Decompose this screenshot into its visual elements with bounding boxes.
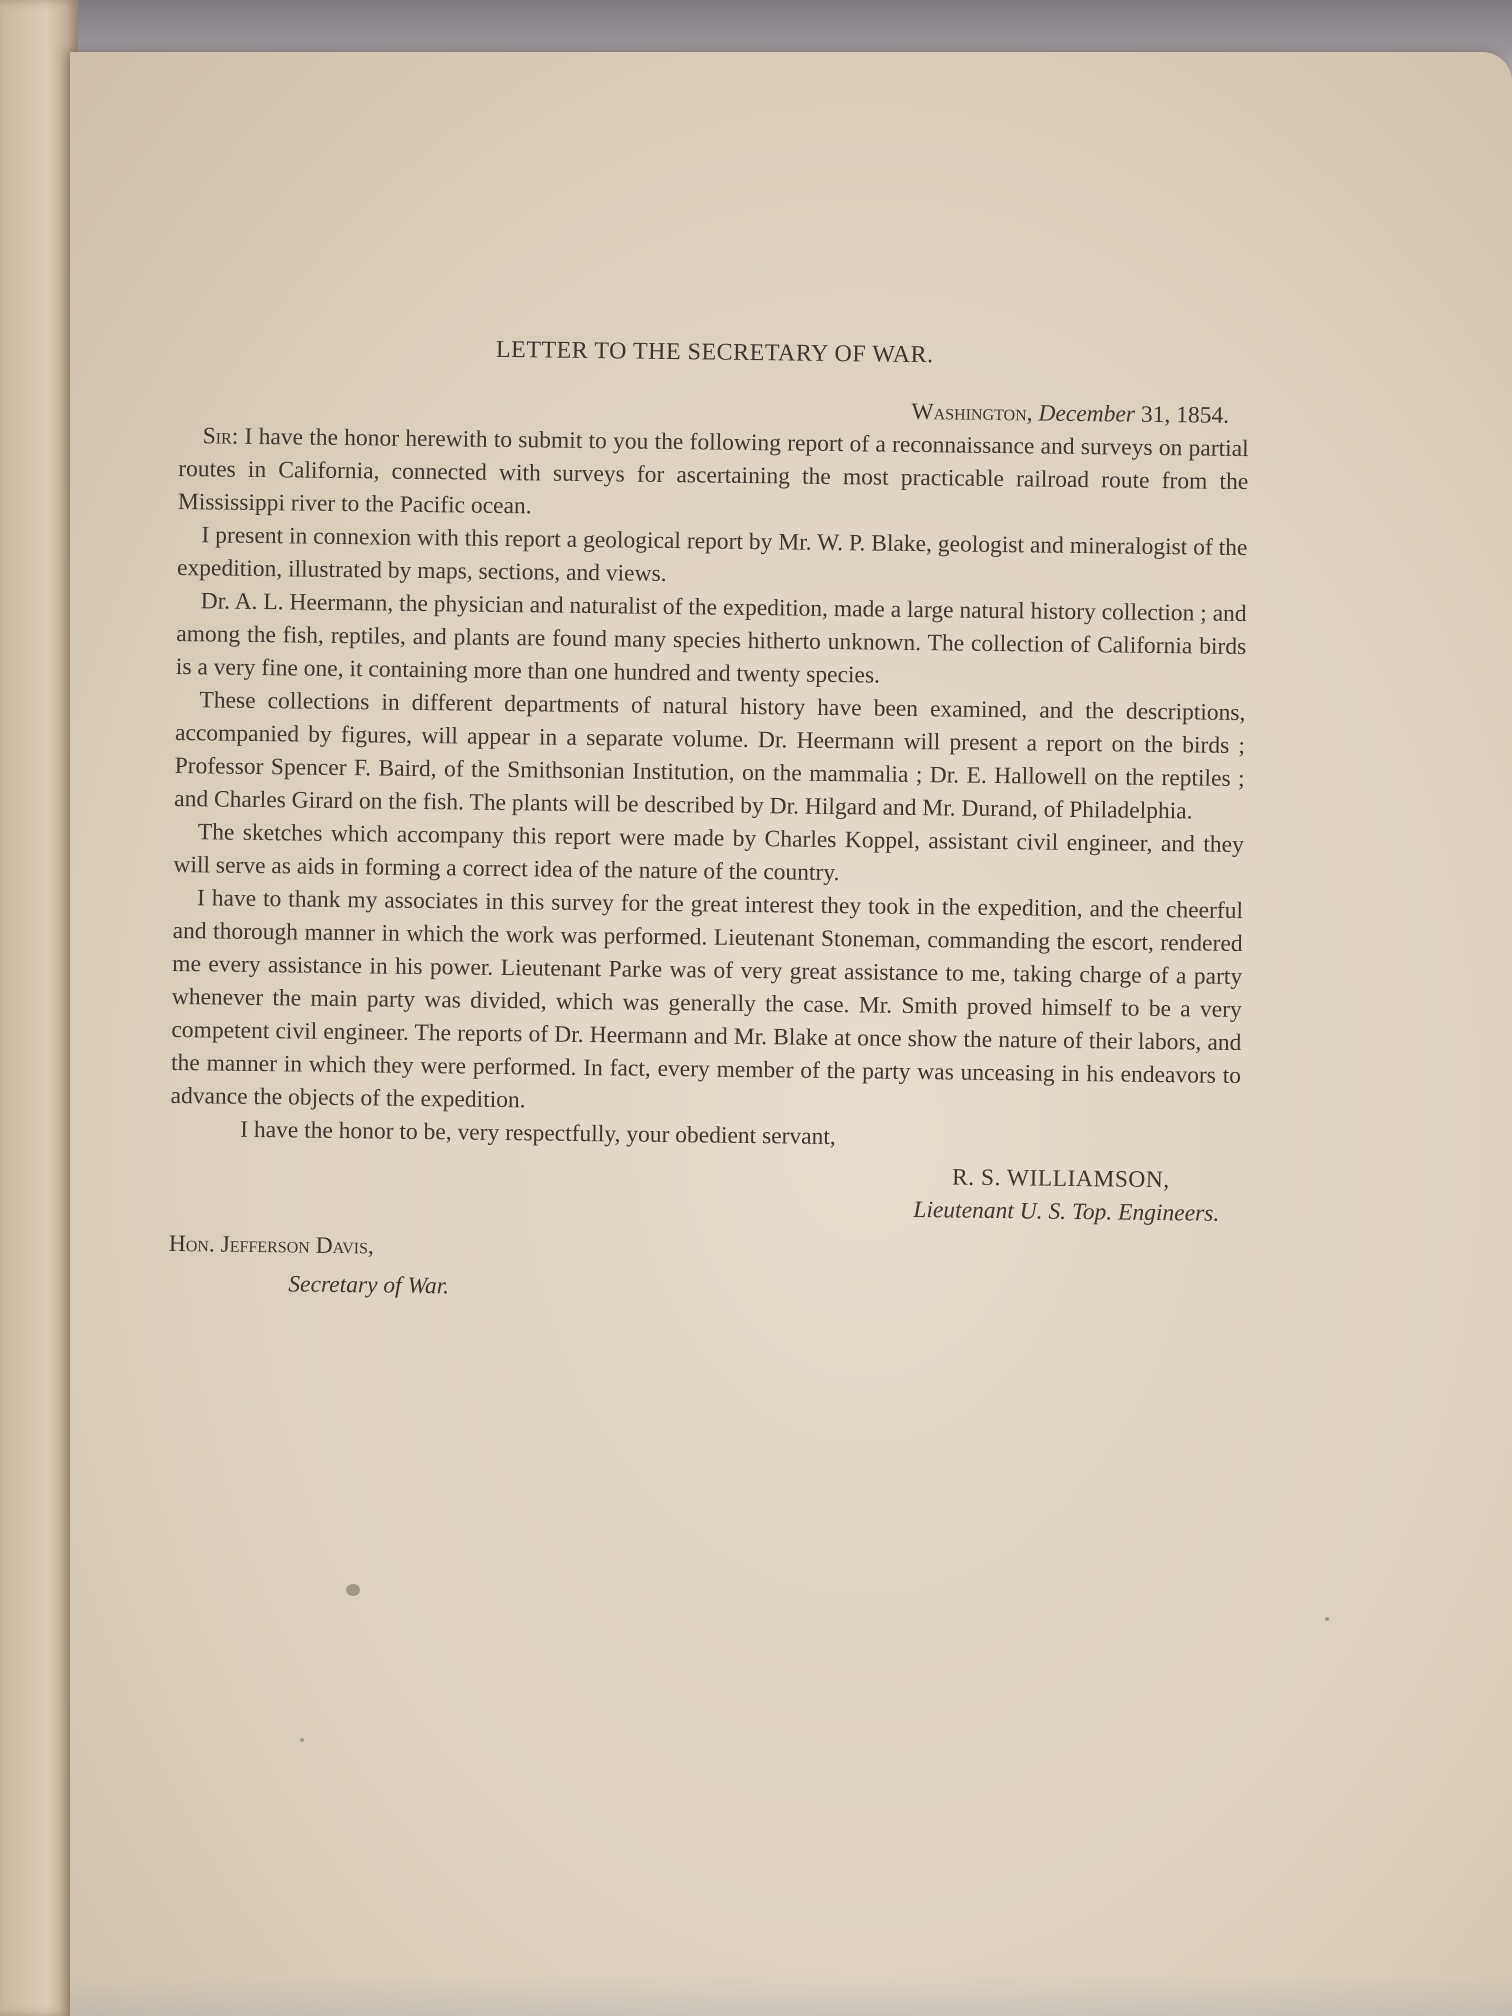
- paragraph: Sir: I have the honor herewith to submit…: [178, 420, 1249, 532]
- letter-body: LETTER TO THE SECRETARY OF WAR. Washingt…: [168, 330, 1250, 1313]
- paragraph-text: : I have the honor herewith to submit to…: [178, 424, 1249, 520]
- facing-page-edge: [0, 0, 78, 2016]
- foxing-spot: [300, 1738, 304, 1742]
- dateline-month: December: [1038, 400, 1135, 427]
- foxing-spot: [346, 1584, 360, 1596]
- paragraph: These collections in different departmen…: [174, 684, 1246, 829]
- paragraph: Dr. A. L. Heermann, the physician and na…: [176, 585, 1247, 697]
- salutation: Sir: [203, 423, 232, 449]
- paragraph: I have to thank my associates in this su…: [170, 882, 1243, 1126]
- addressee-name: Hon. Jefferson Davis,: [169, 1228, 1239, 1274]
- dateline-day-year: 31, 1854.: [1141, 402, 1229, 429]
- dateline-place: Washington,: [911, 399, 1032, 426]
- foxing-spot: [1325, 1617, 1329, 1621]
